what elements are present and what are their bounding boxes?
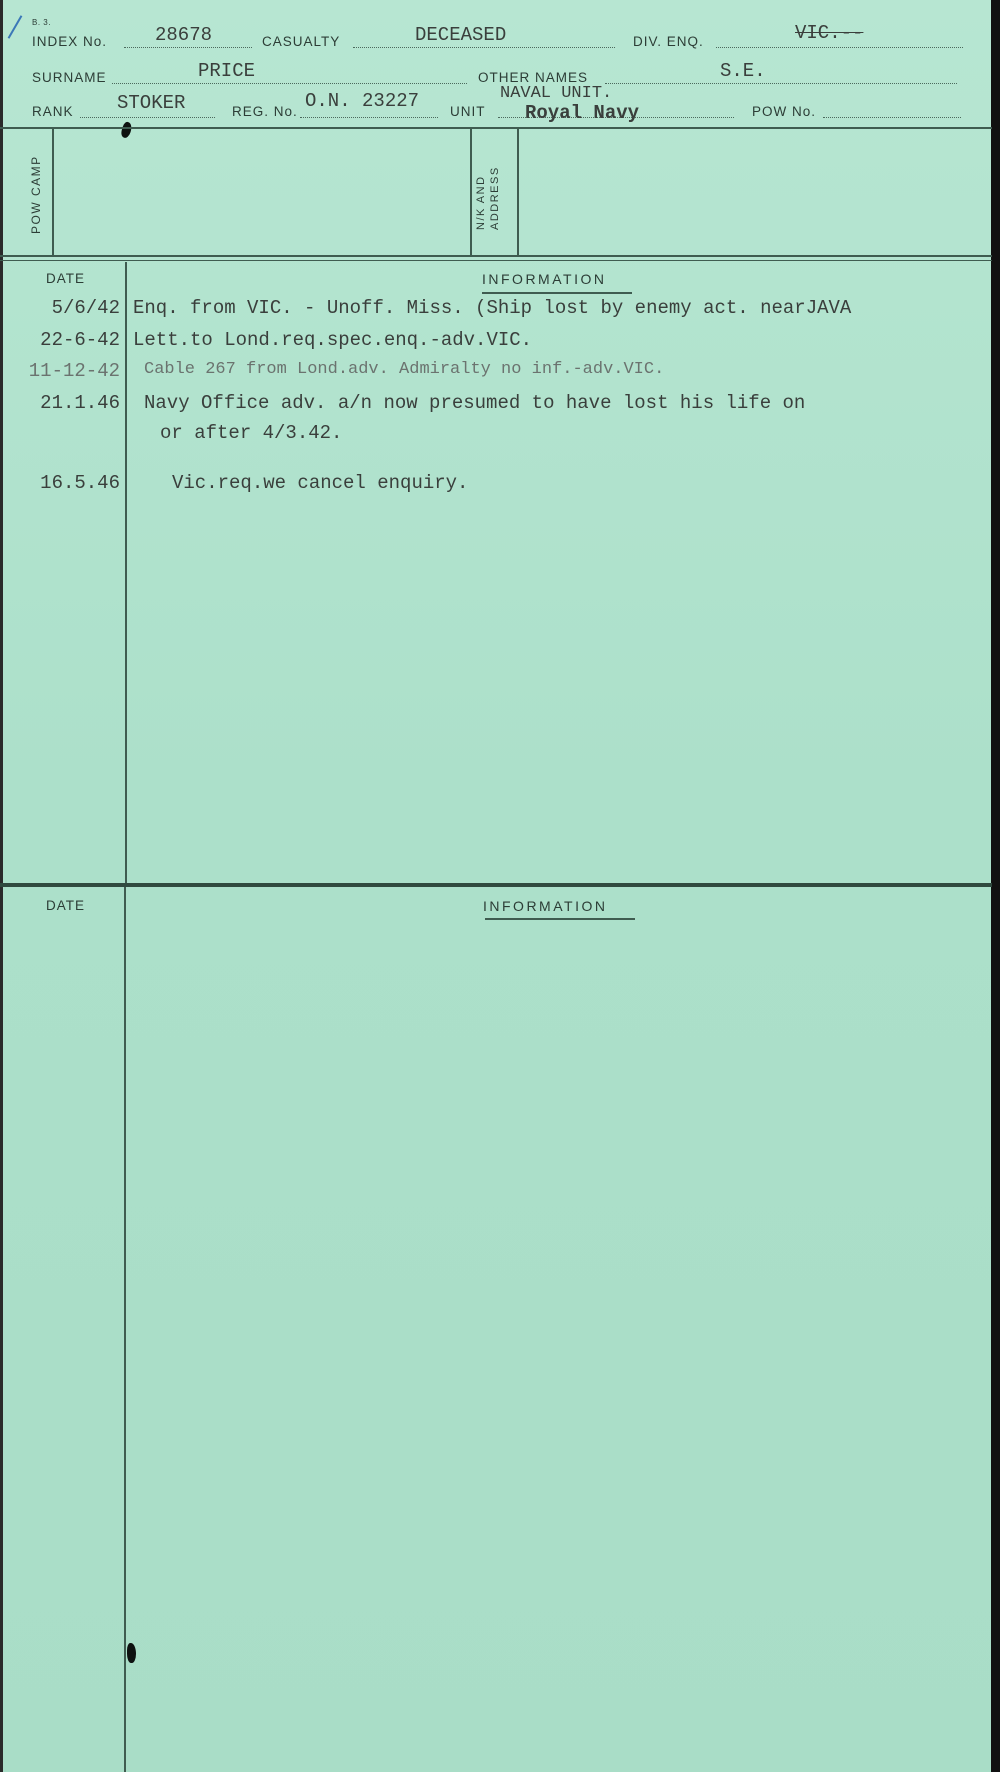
header-box-top-rule [0,127,992,129]
form-code: B. 3. [32,18,51,27]
upper-information-header-underline [482,292,632,294]
div-enq-label: DIV. ENQ. [633,34,704,49]
nk-address-label-line2: ADDRESS [489,166,501,230]
log-entry-date: 16.5.46 [0,472,120,494]
unit-value-line2: Royal Navy [525,102,639,124]
nk-address-right-divider [517,129,519,255]
pow-camp-label: POW CAMP [29,155,43,234]
casualty-label: CASUALTY [262,34,340,49]
log-entry-date: 11-12-42 [0,360,120,382]
log-entry-date: 22-6-42 [0,329,120,351]
log-entry-text: or after 4/3.42. [160,422,342,444]
pow-no-dotted-line [823,117,961,118]
index-no-dotted-line [124,47,252,48]
header-box-double-rule [0,260,992,261]
blue-pen-tick-icon [8,15,23,39]
reg-no-dotted-line [300,117,438,118]
reg-no-value: O.N. 23227 [305,90,419,112]
header-box-bottom-rule [0,255,992,257]
card-right-edge [991,0,1000,1772]
lower-information-header: INFORMATION [483,898,607,914]
upper-date-column-divider [125,262,127,883]
card-fold-seam [0,883,992,887]
unit-value-line1: NAVAL UNIT. [500,84,612,103]
surname-value: PRICE [198,60,255,82]
surname-dotted-line [112,83,467,84]
reg-no-label: REG. No. [232,104,298,119]
other-names-label: OTHER NAMES [478,70,588,85]
other-names-value: S.E. [720,60,766,82]
surname-label: SURNAME [32,70,107,85]
log-entry-date: 21.1.46 [0,392,120,414]
lower-date-column-divider [124,887,126,1772]
lower-information-header-underline [485,918,635,920]
rank-dotted-line [80,117,215,118]
lower-date-header: DATE [46,898,85,913]
casualty-dotted-line [353,47,615,48]
rank-value: STOKER [117,92,185,114]
log-entry-text: Enq. from VIC. - Unoff. Miss. (Ship lost… [133,297,851,319]
upper-information-header: INFORMATION [482,271,606,287]
div-enq-dotted-line [716,47,963,48]
ink-blot-mark [120,121,134,139]
nk-address-left-divider [470,129,472,255]
nk-address-label-line1: N/K AND [475,175,487,230]
other-names-dotted-line [605,83,957,84]
pow-no-label: POW No. [752,104,816,119]
pow-camp-divider [52,129,54,255]
log-entry-text: Lett.to Lond.req.spec.enq.-adv.VIC. [133,329,532,351]
div-enq-value: VIC.-- [795,22,863,44]
log-entry-date: 5/6/42 [0,297,120,319]
log-entry-text: Cable 267 from Lond.adv. Admiralty no in… [144,360,664,379]
rank-label: RANK [32,104,74,119]
upper-date-header: DATE [46,271,85,286]
casualty-index-card: B. 3. INDEX No. 28678 CASUALTY DECEASED … [0,0,1000,1772]
unit-label: UNIT [450,104,486,119]
index-no-label: INDEX No. [32,34,107,49]
ink-blot-mark-lower [127,1643,136,1663]
log-entry-text: Navy Office adv. a/n now presumed to hav… [144,392,805,414]
index-no-value: 28678 [155,24,212,46]
casualty-value: DECEASED [415,24,506,46]
log-entry-text: Vic.req.we cancel enquiry. [172,472,468,494]
